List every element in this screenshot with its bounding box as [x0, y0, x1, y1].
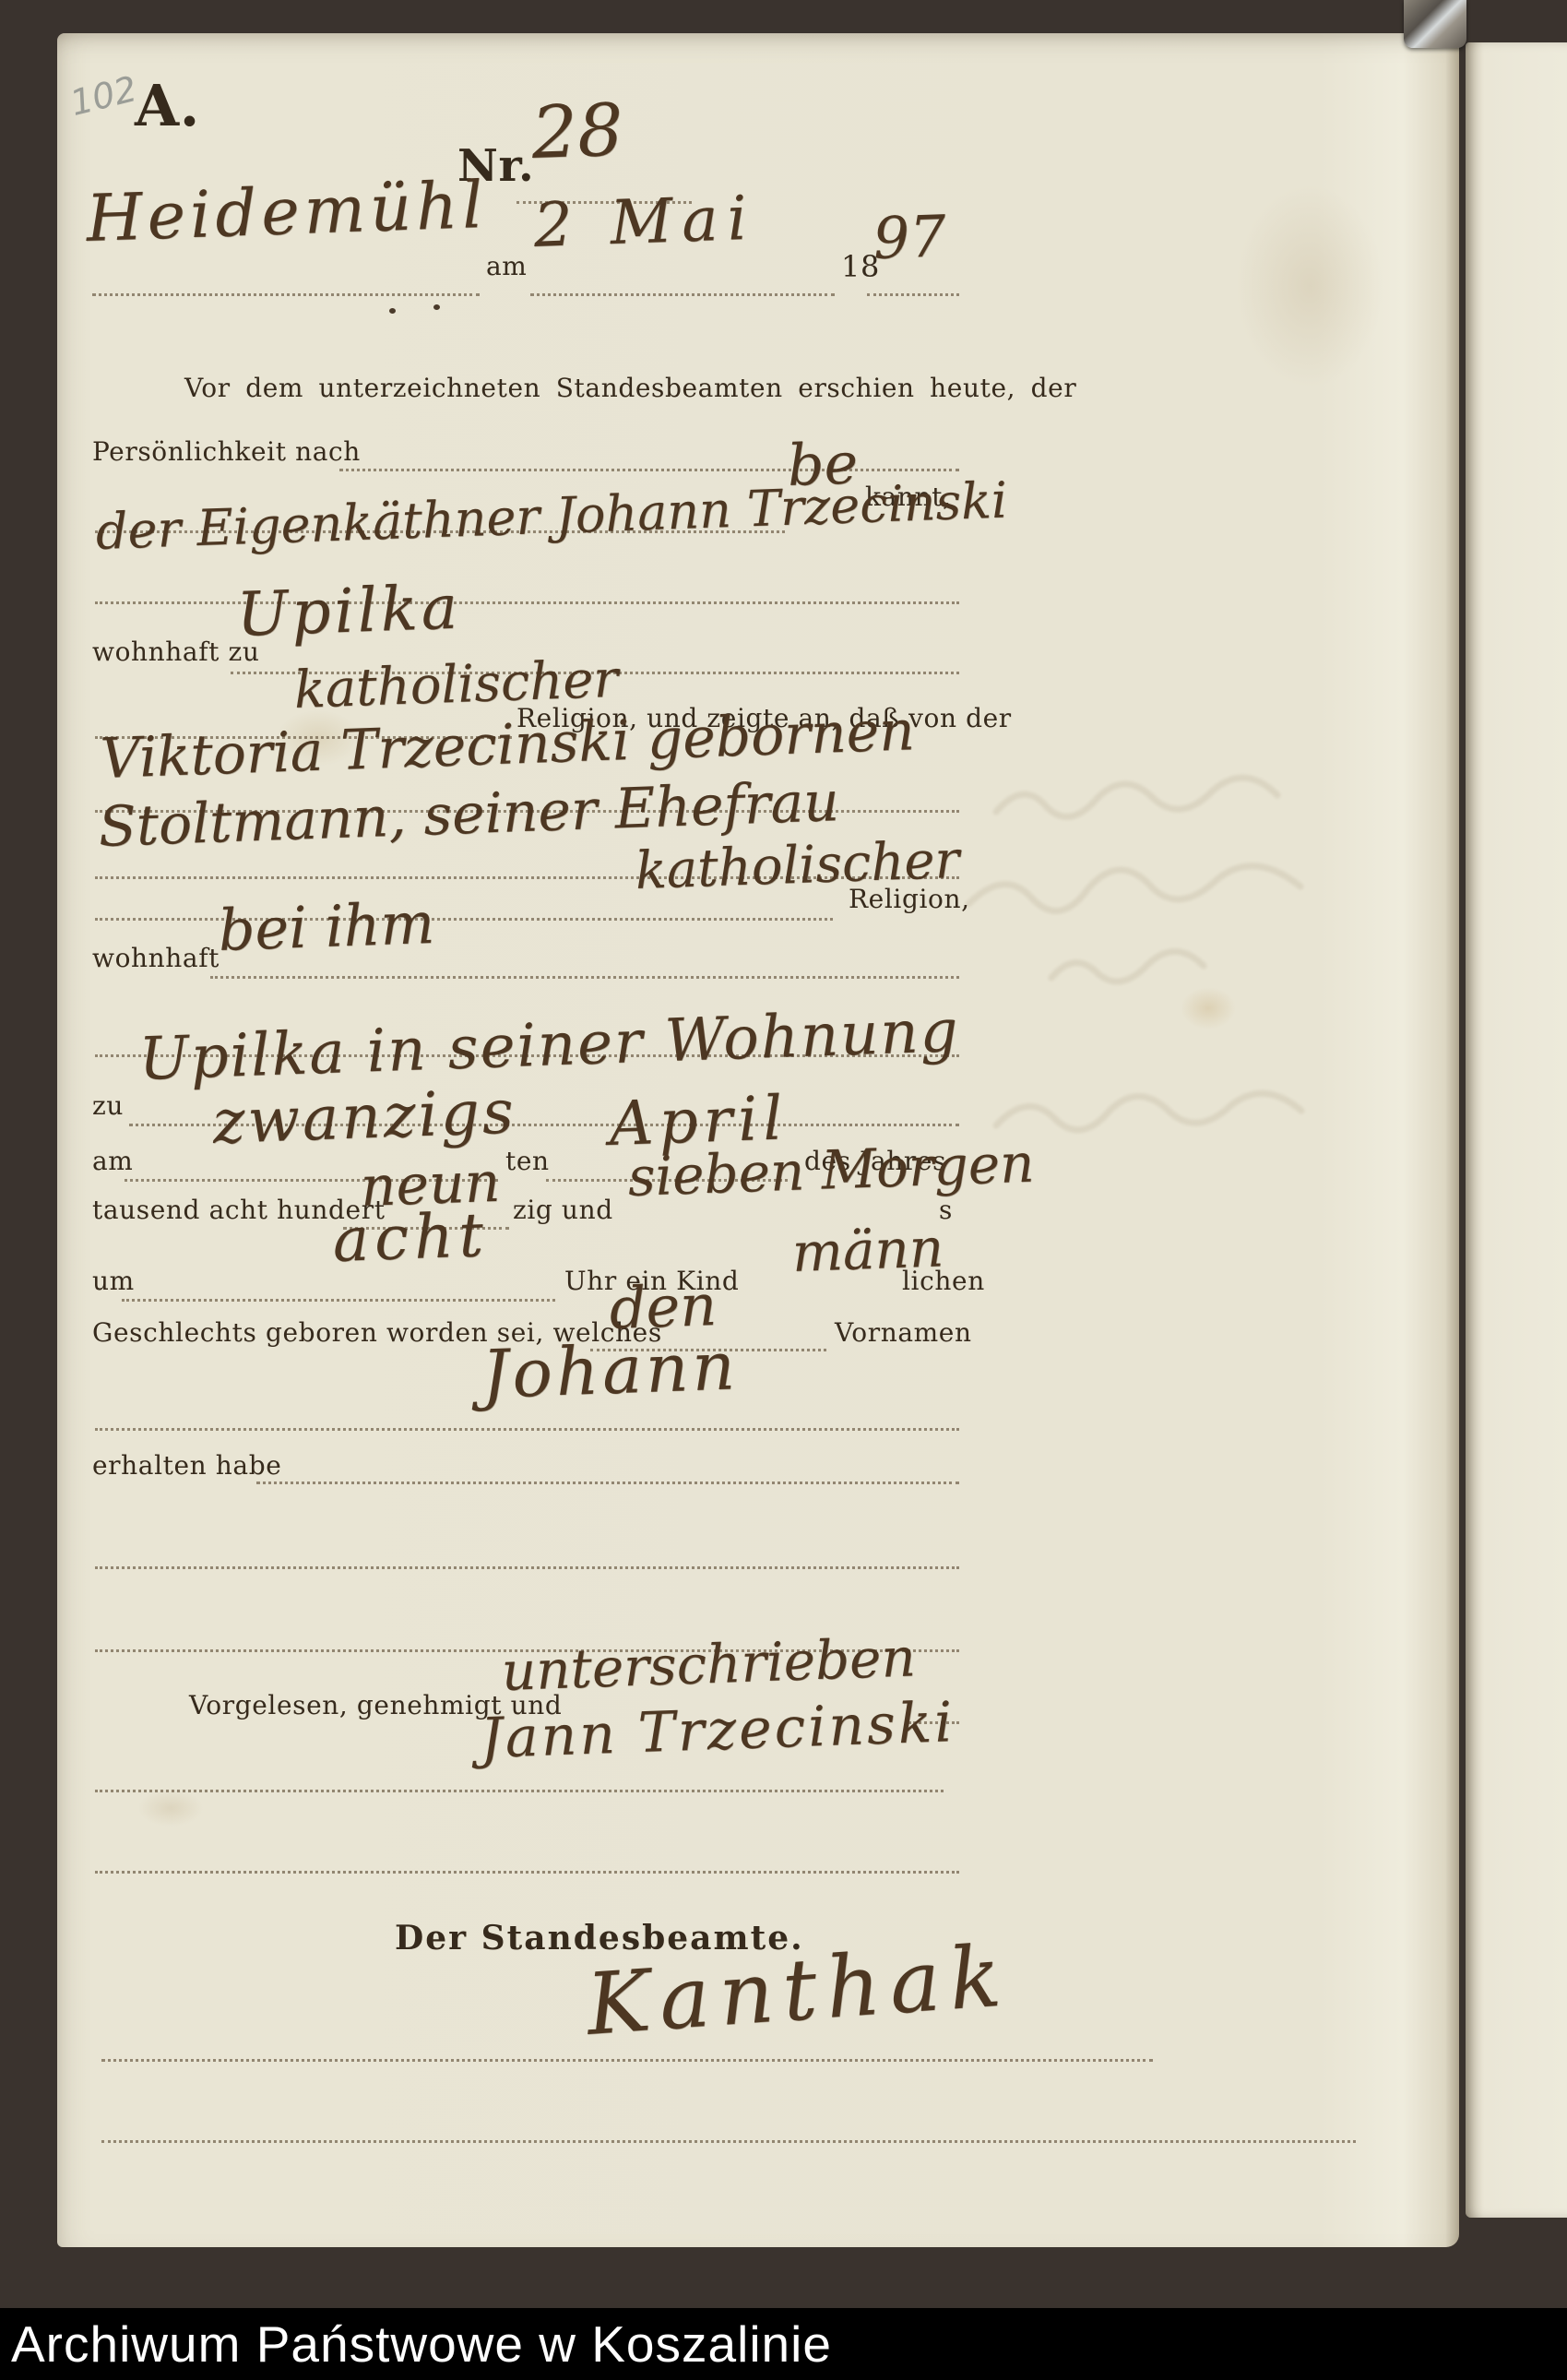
identity-label: Persönlichkeit nach — [92, 436, 361, 467]
dotted-line — [530, 293, 835, 296]
residence2-label: wohnhaft — [92, 943, 220, 973]
day-suffix: ten — [505, 1146, 550, 1176]
hour-label: um — [92, 1266, 135, 1296]
document-scan: 102 A. Nr. 28 Heidemühl am 2 Mai 18 97 V… — [0, 0, 1567, 2380]
year-handwritten: 97 — [872, 202, 946, 272]
dotted-line — [101, 2140, 1356, 2143]
next-page-edge — [1466, 42, 1567, 2218]
dotted-line — [210, 976, 959, 979]
birth-day-handwritten: zwanzigs — [211, 1077, 517, 1158]
binding-staple — [1404, 0, 1466, 48]
birthplace-label: zu — [92, 1090, 124, 1121]
intro-line: Vor dem unterzeichneten Standesbeamten e… — [184, 373, 1076, 403]
birth-hour-handwritten: acht — [331, 1199, 490, 1276]
dotted-line — [101, 2059, 1153, 2062]
dotted-line — [95, 601, 959, 604]
dotted-line — [95, 1790, 944, 1792]
year-printed2: zig und — [513, 1195, 613, 1225]
ink-dot — [389, 308, 396, 314]
vornamen-label: Vornamen — [835, 1317, 972, 1348]
record-date-handwritten: 2 Mai — [532, 183, 757, 261]
ink-dot — [433, 304, 440, 310]
residence-label: wohnhaft zu — [92, 637, 260, 667]
am-label: am — [486, 251, 527, 281]
residence2-handwritten: bei ihm — [217, 889, 435, 964]
registry-place-handwritten: Heidemühl — [85, 167, 489, 256]
dotted-line — [95, 918, 833, 921]
gender-suffix: lichen — [902, 1266, 985, 1296]
dotted-line — [122, 1299, 555, 1302]
dotted-line — [256, 1482, 959, 1484]
dotted-line — [95, 1428, 959, 1431]
received-label: erhalten habe — [92, 1450, 281, 1481]
dotted-line — [92, 293, 480, 296]
dotted-line — [95, 1566, 959, 1569]
dotted-line — [95, 1871, 959, 1874]
archive-watermark-bar: Archiwum Państwowe w Koszalinie — [0, 2308, 1567, 2380]
dotted-line — [867, 293, 959, 296]
religion2-printed: Religion, — [849, 884, 970, 914]
child-name-handwritten: Johann — [481, 1327, 740, 1413]
day-label: am — [92, 1146, 133, 1176]
section-letter: A. — [135, 72, 200, 139]
record-number-value: 28 — [530, 89, 624, 175]
residence-handwritten: Upilka — [235, 572, 462, 650]
dotted-line — [339, 469, 959, 471]
